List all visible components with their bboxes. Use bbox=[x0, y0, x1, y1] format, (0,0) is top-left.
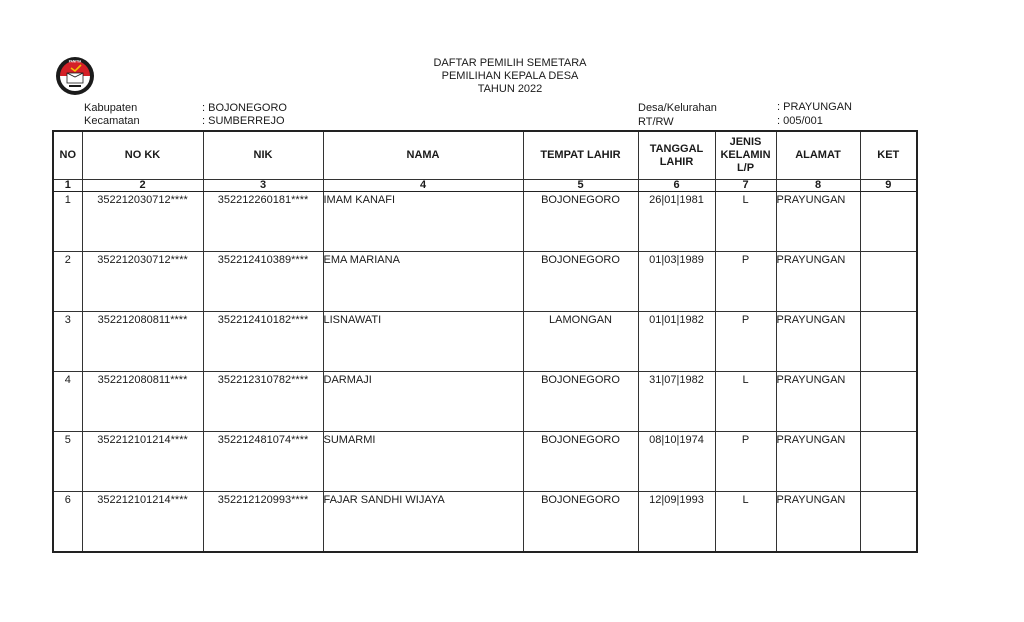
cell-nik: 352212260181**** bbox=[203, 192, 323, 252]
cell-no-kk: 352212030712**** bbox=[82, 192, 203, 252]
cell-alamat: PRAYUNGAN bbox=[776, 492, 860, 553]
cell-no: 2 bbox=[53, 252, 82, 312]
cell-alamat: PRAYUNGAN bbox=[776, 432, 860, 492]
table-row: 3 352212080811**** 352212410182**** LISN… bbox=[53, 312, 917, 372]
cell-ket bbox=[860, 252, 917, 312]
cell-nik: 352212410389**** bbox=[203, 252, 323, 312]
cell-ket bbox=[860, 492, 917, 553]
table-header-row: NO NO KK NIK NAMA TEMPAT LAHIR TANGGAL L… bbox=[53, 131, 917, 180]
cell-alamat: PRAYUNGAN bbox=[776, 192, 860, 252]
cell-nama: IMAM KANAFI bbox=[323, 192, 523, 252]
cell-nama: SUMARMI bbox=[323, 432, 523, 492]
cell-no-kk: 352212101214**** bbox=[82, 432, 203, 492]
cell-nik: 352212410182**** bbox=[203, 312, 323, 372]
region-info-left: Kabupaten : BOJONEGORO Kecamatan : SUMBE… bbox=[84, 102, 344, 128]
header-tanggal-lahir: TANGGAL LAHIR bbox=[638, 131, 715, 180]
column-number: 1 bbox=[53, 180, 82, 192]
cell-ket bbox=[860, 372, 917, 432]
table-row: 4 352212080811**** 352212310782**** DARM… bbox=[53, 372, 917, 432]
header-jenis-kelamin-line3: L/P bbox=[716, 162, 776, 175]
column-number-row: 1 2 3 4 5 6 7 8 9 bbox=[53, 180, 917, 192]
kecamatan-value: : SUMBERREJO bbox=[202, 115, 285, 128]
cell-jenis-kelamin: P bbox=[715, 432, 776, 492]
cell-tempat-lahir: BOJONEGORO bbox=[523, 432, 638, 492]
kabupaten-label: Kabupaten bbox=[84, 102, 137, 115]
cell-alamat: PRAYUNGAN bbox=[776, 312, 860, 372]
cell-ket bbox=[860, 312, 917, 372]
cell-nik: 352212481074**** bbox=[203, 432, 323, 492]
header-ket: KET bbox=[860, 131, 917, 180]
cell-no: 5 bbox=[53, 432, 82, 492]
cell-tempat-lahir: BOJONEGORO bbox=[523, 372, 638, 432]
cell-nik: 352212120993**** bbox=[203, 492, 323, 553]
voter-list-table: NO NO KK NIK NAMA TEMPAT LAHIR TANGGAL L… bbox=[52, 130, 918, 553]
cell-ket bbox=[860, 192, 917, 252]
cell-tanggal-lahir: 12|09|1993 bbox=[638, 492, 715, 553]
cell-nama: LISNAWATI bbox=[323, 312, 523, 372]
cell-jenis-kelamin: P bbox=[715, 252, 776, 312]
kabupaten-value: : BOJONEGORO bbox=[202, 102, 287, 115]
cell-tanggal-lahir: 08|10|1974 bbox=[638, 432, 715, 492]
rtrw-label: RT/RW bbox=[638, 116, 674, 129]
column-number: 9 bbox=[860, 180, 917, 192]
cell-no: 6 bbox=[53, 492, 82, 553]
header-no: NO bbox=[53, 131, 82, 180]
table-row: 1 352212030712**** 352212260181**** IMAM… bbox=[53, 192, 917, 252]
cell-no-kk: 352212080811**** bbox=[82, 312, 203, 372]
desa-value: : PRAYUNGAN bbox=[777, 101, 852, 114]
desa-label: Desa/Kelurahan bbox=[638, 102, 717, 115]
cell-no: 1 bbox=[53, 192, 82, 252]
cell-tempat-lahir: BOJONEGORO bbox=[523, 252, 638, 312]
cell-tanggal-lahir: 01|03|1989 bbox=[638, 252, 715, 312]
cell-ket bbox=[860, 432, 917, 492]
column-number: 6 bbox=[638, 180, 715, 192]
cell-no-kk: 352212030712**** bbox=[82, 252, 203, 312]
table-row: 5 352212101214**** 352212481074**** SUMA… bbox=[53, 432, 917, 492]
cell-no-kk: 352212080811**** bbox=[82, 372, 203, 432]
column-number: 4 bbox=[323, 180, 523, 192]
header-nama: NAMA bbox=[323, 131, 523, 180]
cell-nama: DARMAJI bbox=[323, 372, 523, 432]
title-line-1: DAFTAR PEMILIH SEMETARA bbox=[380, 57, 640, 70]
table-row: 2 352212030712**** 352212410389**** EMA … bbox=[53, 252, 917, 312]
table-row: 6 352212101214**** 352212120993**** FAJA… bbox=[53, 492, 917, 553]
cell-nik: 352212310782**** bbox=[203, 372, 323, 432]
cell-no: 4 bbox=[53, 372, 82, 432]
header-nik: NIK bbox=[203, 131, 323, 180]
cell-jenis-kelamin: L bbox=[715, 372, 776, 432]
kpu-committee-emblem-icon: PANITIA bbox=[55, 56, 95, 96]
title-line-2: PEMILIHAN KEPALA DESA bbox=[380, 70, 640, 83]
kecamatan-label: Kecamatan bbox=[84, 115, 140, 128]
cell-no-kk: 352212101214**** bbox=[82, 492, 203, 553]
cell-jenis-kelamin: L bbox=[715, 492, 776, 553]
header-tanggal-lahir-line2: LAHIR bbox=[639, 156, 715, 169]
cell-alamat: PRAYUNGAN bbox=[776, 372, 860, 432]
cell-tanggal-lahir: 01|01|1982 bbox=[638, 312, 715, 372]
cell-tanggal-lahir: 31|07|1982 bbox=[638, 372, 715, 432]
document-title: DAFTAR PEMILIH SEMETARA PEMILIHAN KEPALA… bbox=[380, 57, 640, 96]
header-jenis-kelamin-line1: JENIS bbox=[716, 136, 776, 149]
header-tanggal-lahir-line1: TANGGAL bbox=[639, 143, 715, 156]
column-number: 2 bbox=[82, 180, 203, 192]
cell-tanggal-lahir: 26|01|1981 bbox=[638, 192, 715, 252]
header-jenis-kelamin-line2: KELAMIN bbox=[716, 149, 776, 162]
cell-no: 3 bbox=[53, 312, 82, 372]
header-alamat: ALAMAT bbox=[776, 131, 860, 180]
header-no-kk: NO KK bbox=[82, 131, 203, 180]
cell-alamat: PRAYUNGAN bbox=[776, 252, 860, 312]
cell-nama: FAJAR SANDHI WIJAYA bbox=[323, 492, 523, 553]
cell-tempat-lahir: LAMONGAN bbox=[523, 312, 638, 372]
column-number: 7 bbox=[715, 180, 776, 192]
rtrw-value: : 005/001 bbox=[777, 115, 823, 128]
cell-nama: EMA MARIANA bbox=[323, 252, 523, 312]
cell-tempat-lahir: BOJONEGORO bbox=[523, 492, 638, 553]
region-info-right: Desa/Kelurahan : PRAYUNGAN RT/RW : 005/0… bbox=[638, 101, 898, 129]
column-number: 8 bbox=[776, 180, 860, 192]
column-number: 3 bbox=[203, 180, 323, 192]
header-jenis-kelamin: JENIS KELAMIN L/P bbox=[715, 131, 776, 180]
title-line-3: TAHUN 2022 bbox=[380, 83, 640, 96]
cell-jenis-kelamin: P bbox=[715, 312, 776, 372]
column-number: 5 bbox=[523, 180, 638, 192]
header-tempat-lahir: TEMPAT LAHIR bbox=[523, 131, 638, 180]
cell-tempat-lahir: BOJONEGORO bbox=[523, 192, 638, 252]
svg-text:PANITIA: PANITIA bbox=[69, 60, 82, 64]
cell-jenis-kelamin: L bbox=[715, 192, 776, 252]
